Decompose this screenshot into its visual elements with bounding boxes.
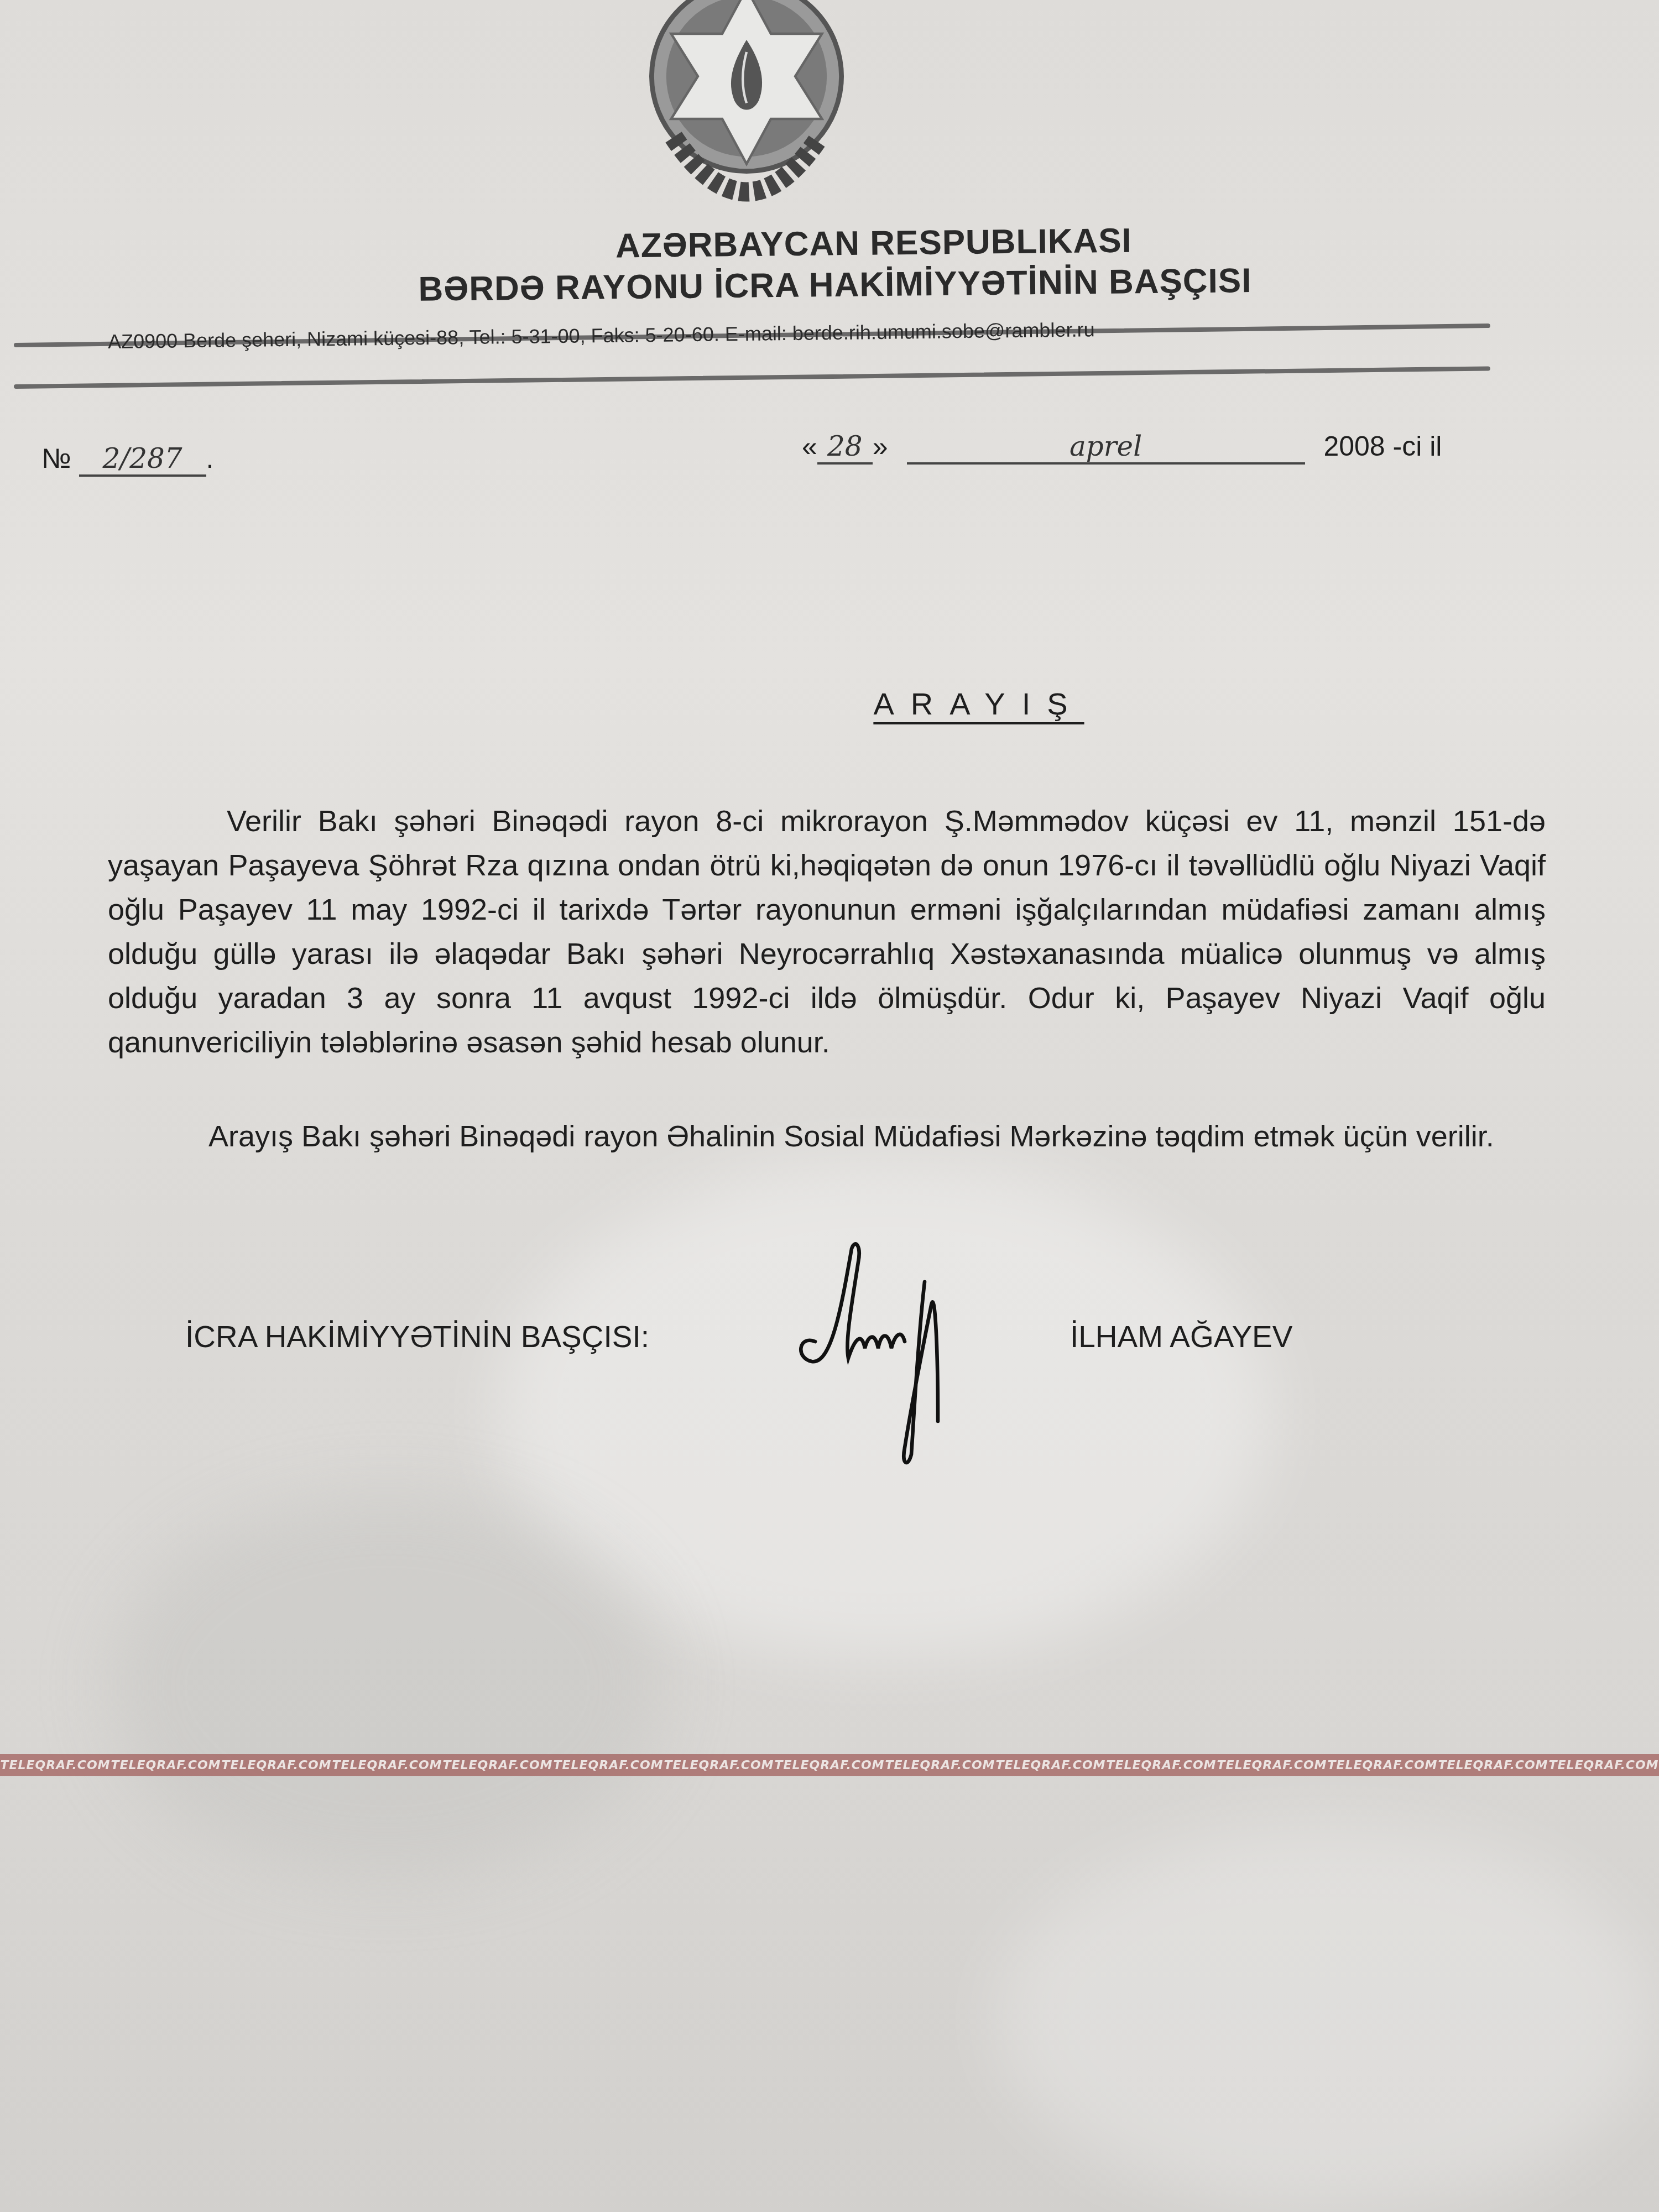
watermark-text: TELEQRAF.COM xyxy=(442,1759,553,1772)
document-date: «28» aprel 2008 -ci il xyxy=(802,430,1442,465)
document-title-text: ARAYIŞ xyxy=(873,686,1084,721)
body-paragraph-2: Arayış Bakı şəhəri Binəqədi rayon Əhalin… xyxy=(101,1114,1538,1159)
watermark-text: TELEQRAF.COM xyxy=(111,1759,221,1772)
letterhead-address: AZ0900 Berde şeheri, Nizami küçesi-88, T… xyxy=(108,318,1095,353)
watermark-text: TELEQRAF.COM xyxy=(553,1759,664,1772)
quote-open: « xyxy=(802,431,817,462)
watermark-text: TELEQRAF.COM xyxy=(995,1759,1106,1772)
reference-number: № 2/287. xyxy=(41,442,213,477)
watermark-band: TELEQRAF.COMTELEQRAF.COMTELEQRAF.COMTELE… xyxy=(0,1754,1659,1776)
watermark-text: TELEQRAF.COM xyxy=(774,1759,885,1772)
number-sign: № xyxy=(41,443,71,474)
number-value: 2/287 xyxy=(79,442,206,477)
body-paragraph-1: Verilir Bakı şəhəri Binəqədi rayon 8-ci … xyxy=(108,799,1546,1065)
watermark-text: TELEQRAF.COM xyxy=(0,1759,111,1772)
watermark-text: TELEQRAF.COM xyxy=(1217,1759,1327,1772)
glare xyxy=(995,1825,1659,2212)
document-title: ARAYIŞ xyxy=(0,686,1659,722)
watermark-text: TELEQRAF.COM xyxy=(1106,1759,1217,1772)
signatory-title: İCRA HAKİMİYYƏTİNİN BAŞÇISI: xyxy=(185,1319,649,1354)
shadow xyxy=(111,1493,664,1880)
watermark-text: TELEQRAF.COM xyxy=(332,1759,442,1772)
date-month: aprel xyxy=(907,430,1305,465)
watermark-text: TELEQRAF.COM xyxy=(1327,1759,1438,1772)
watermark-text: TELEQRAF.COM xyxy=(1438,1759,1548,1772)
letterhead-rule-bottom xyxy=(14,366,1490,389)
date-day: 28 xyxy=(817,430,873,465)
number-suffix: . xyxy=(206,443,214,474)
coat-of-arms-icon xyxy=(625,0,868,210)
signatory-name: İLHAM AĞAYEV xyxy=(1070,1319,1292,1354)
handwritten-signature-icon xyxy=(785,1239,984,1471)
watermark-text: TELEQRAF.COM xyxy=(664,1759,774,1772)
watermark-text: TELEQRAF.COM xyxy=(1548,1759,1659,1772)
date-year: 2008 -ci il xyxy=(1323,431,1442,462)
watermark-text: TELEQRAF.COM xyxy=(885,1759,995,1772)
watermark-text: TELEQRAF.COM xyxy=(221,1759,332,1772)
quote-close: » xyxy=(873,431,888,462)
